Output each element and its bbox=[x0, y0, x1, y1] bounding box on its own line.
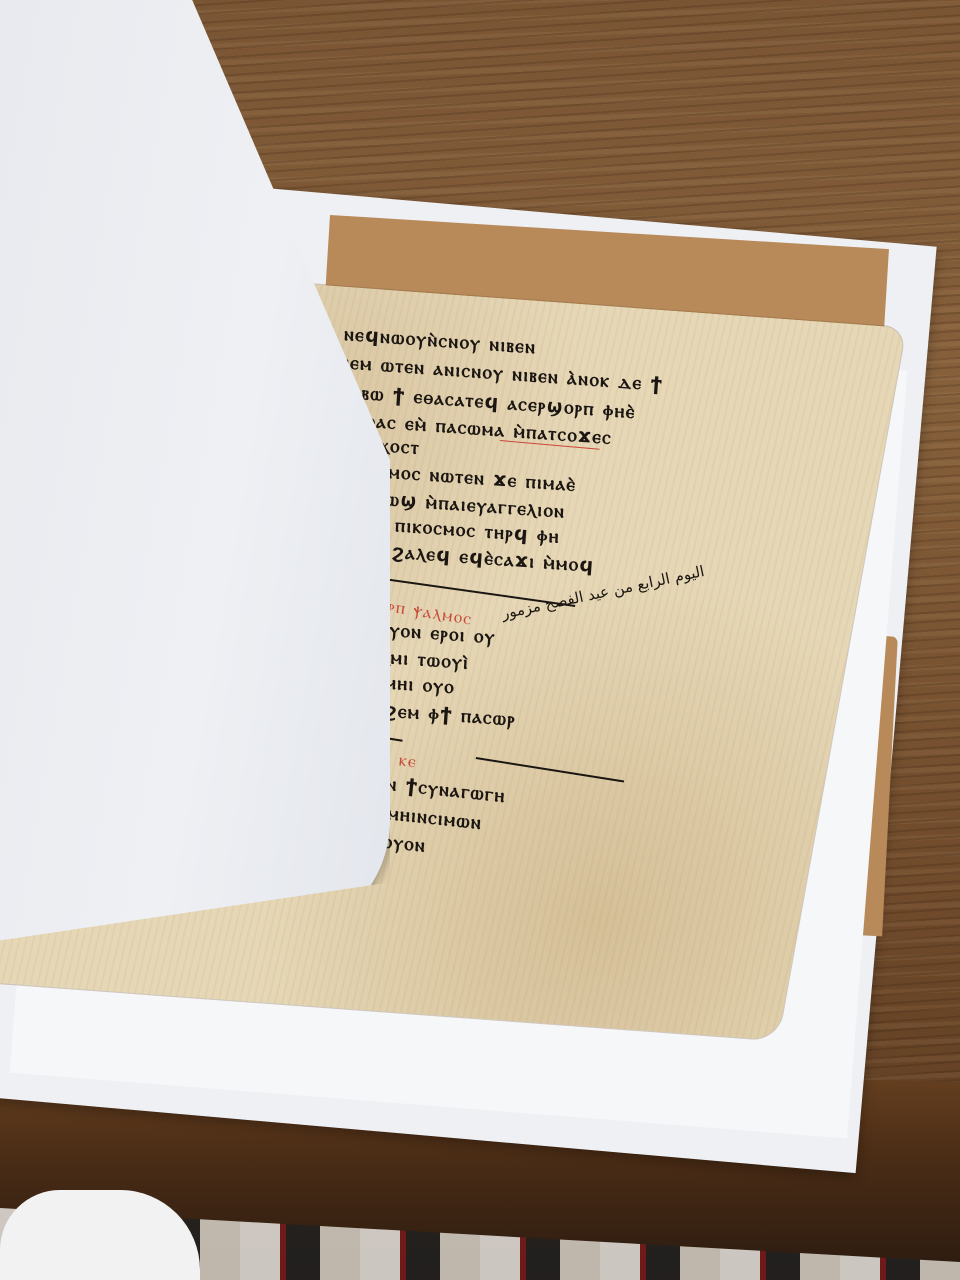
separator-rule bbox=[476, 757, 624, 782]
